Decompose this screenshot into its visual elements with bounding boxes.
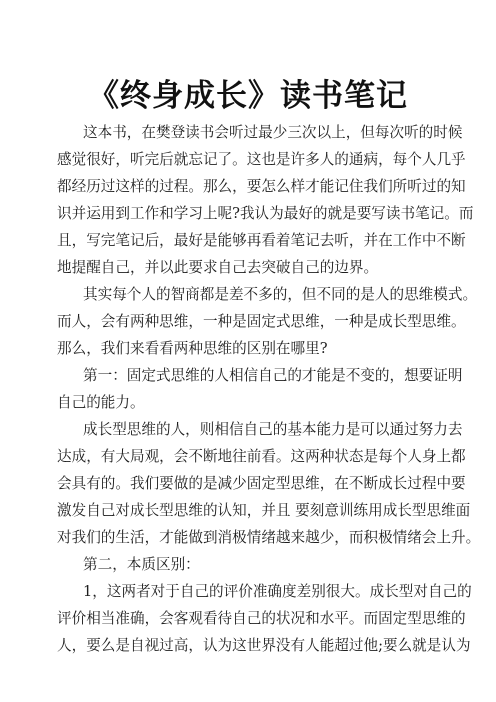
- text-line: 对我们的生活，才能做到消极情绪越来越少，而积极情绪会上升。: [57, 528, 480, 548]
- text-line: 第一：固定式思维的人相信自己的才能是不变的，想要证明: [83, 366, 462, 386]
- text-line: 达成，有大局观，会不断地往前看。这两种状态是每个人身上都: [57, 447, 466, 467]
- text-line: 感觉很好，听完后就忘记了。这也是许多人的通病，每个人几乎: [57, 150, 466, 170]
- text-line: 人，要么是自视过高，认为这世界没有人能超过他;要么就是认为: [57, 636, 471, 656]
- text-line: 识并运用到工作和学习上呢?我认为最好的就是要写读书笔记。而: [57, 204, 473, 224]
- text-line: 1，这两者对于自己的评价准确度差别很大。成长型对自己的: [83, 582, 472, 602]
- text-line: 评价相当准确，会客观看待自己的状况和水平。而固定型思维的: [57, 609, 466, 629]
- text-line: 激发自己对成长型思维的认知，并且 要刻意训练用成长型思维面: [57, 501, 470, 521]
- document-title: 《终身成长》读书笔记: [0, 70, 496, 115]
- text-line: 地提醒自己，并以此要求自己去突破自己的边界。: [57, 258, 378, 278]
- text-line: 而人，会有两种思维，一种是固定式思维，一种是成长型思维。: [57, 312, 466, 332]
- text-line: 第二，本质区别：: [83, 555, 200, 575]
- text-line: 成长型思维的人，则相信自己的基本能力是可以通过努力去: [83, 420, 462, 440]
- text-line: 其实每个人的智商都是差不多的，但不同的是人的思维模式。: [83, 285, 477, 305]
- text-line: 这本书，在樊登读书会听过最少三次以上，但每次听的时候: [83, 123, 462, 143]
- text-line: 且，写完笔记后，最好是能够再看着笔记去听，并在工作中不断: [57, 231, 466, 251]
- text-line: 自己的能力。: [57, 393, 145, 413]
- text-line: 会具有的。我们要做的是减少固定型思维，在不断成长过程中要: [57, 474, 466, 494]
- text-line: 那么，我们来看看两种思维的区别在哪里?: [57, 339, 328, 359]
- text-line: 都经历过这样的过程。那么，要怎么样才能记住我们所听过的知: [57, 177, 466, 197]
